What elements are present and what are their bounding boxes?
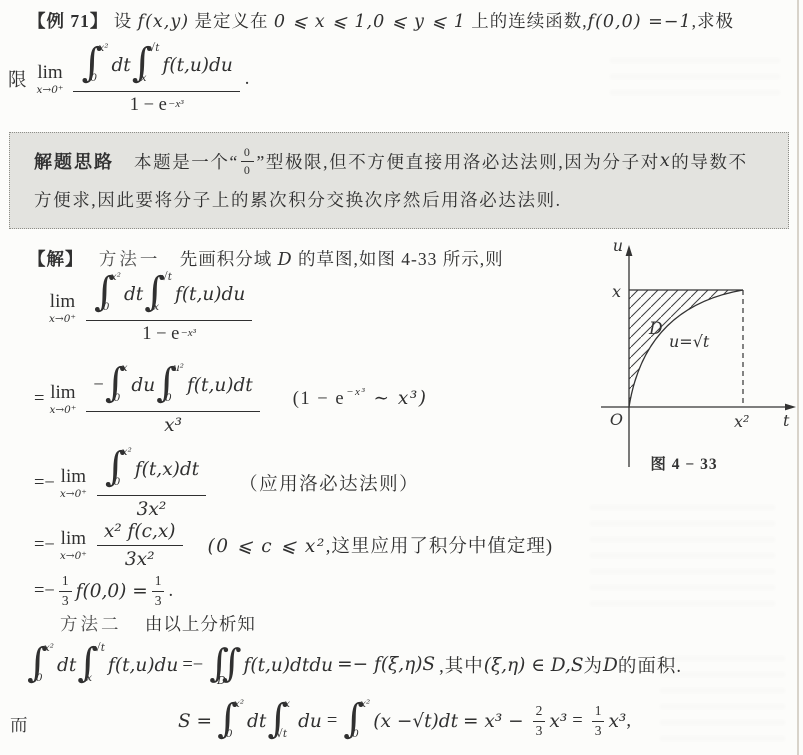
fraction: 13 <box>59 574 72 607</box>
integral: ∫x0 <box>105 362 131 408</box>
text-run: 的导数不 <box>671 149 747 174</box>
numerator: ∫x²0 f(t,x)dt <box>97 446 206 492</box>
math-run: 0 ⩽ x ⩽ 1,0 ⩽ y ⩽ 1 <box>274 12 466 32</box>
formula-area: S = ∫x²0 dt ∫x√t du = ∫x²0 (x −√t)dt = x… <box>178 695 631 747</box>
t-axis-arrow-icon <box>785 404 796 411</box>
method-2-label: 方法二 <box>60 614 122 634</box>
u-axis-label: u <box>613 237 623 255</box>
equals: =− <box>182 655 203 676</box>
equals: = <box>572 711 582 732</box>
math-run: f(t,u)du <box>175 284 245 305</box>
integral: ∫x√t <box>267 698 297 744</box>
numerator: ∫x²0 dt ∫√tx f(t,u)du <box>86 271 252 317</box>
integral: ∫√tx <box>77 642 107 688</box>
integral: ∫x²0 <box>105 446 134 492</box>
math-run: du <box>298 711 322 732</box>
annotation: (0 ⩽ c ⩽ x²,这里应用了积分中值定理) <box>208 532 554 558</box>
idea-box-label: 解题思路 <box>34 148 114 174</box>
math-run: D <box>603 655 618 676</box>
math-run: x³ <box>608 711 626 732</box>
text-run: 的草图,如图 4-33 所示,则 <box>293 249 504 269</box>
main-limit-formula: 限 limx→0⁺ ∫x²0 dt ∫√tx f(t,u)du 1 − e−x³… <box>8 40 249 118</box>
text-run: 由以上分析知 <box>145 614 256 634</box>
formula-method2-identity: ∫x²0 dt ∫√tx f(t,u)du =− ∬D f(t,u)dtdu =… <box>26 637 682 693</box>
idea-box-line2: 方便求,因此要将分子上的累次积分交换次序然后用洛必达法则. <box>34 187 766 212</box>
integral: ∫u²0 <box>156 362 186 408</box>
fraction-bar <box>86 411 259 412</box>
method-2-header: 方法二 由以上分析知 <box>60 611 256 636</box>
denominator: 3x² <box>118 549 162 570</box>
denominator: 1 − e−x³ <box>135 324 203 345</box>
equals: =− <box>34 581 55 602</box>
text-run: 上的连续函数, <box>466 11 588 31</box>
math-run: f(0,0) =−1 <box>588 12 692 32</box>
fraction-bar <box>73 91 239 92</box>
integral: ∫x²0 <box>343 698 372 744</box>
text-run: 先画积分域 <box>180 249 278 269</box>
numerator: ∫x²0 dt ∫√tx f(t,u)du <box>73 42 239 88</box>
math-run: dt <box>124 284 143 305</box>
idea-box-line1: 解题思路 本题是一个“ 00 ”型极限,但不方便直接用洛必达法则,因为分子对 x… <box>34 146 766 176</box>
math-run: f(t,x)dt <box>135 459 199 480</box>
minus-sign: − <box>93 375 103 396</box>
math-run: (x −√t)dt <box>373 711 458 732</box>
math-run: S = <box>178 711 212 732</box>
text-run: ,其中 <box>439 652 484 678</box>
u-axis-arrow-icon <box>626 245 633 256</box>
text-run: ”型极限,但不方便直接用洛必达法则,因为分子对 <box>256 149 659 174</box>
text-run: ,求极 <box>692 11 734 31</box>
denominator: 3x² <box>130 499 174 520</box>
region-D-label: D <box>648 319 663 339</box>
formula-step-5: =− 13 f(0,0) = 13 . <box>34 572 173 610</box>
text-run: 的面积. <box>618 652 682 678</box>
t-axis-label: t <box>783 411 790 430</box>
math-run: x <box>660 151 671 171</box>
curve-label: u=√t <box>669 332 710 351</box>
method-1-label: 方法一 <box>99 249 161 269</box>
math-run: dt <box>247 711 266 732</box>
integral: ∫√tx <box>144 271 174 317</box>
equals: = <box>34 389 44 410</box>
limit-operator: limx→0⁺ <box>49 292 76 325</box>
example-tag: 【例 71】 <box>28 11 108 31</box>
text-run: . <box>168 581 173 602</box>
solution-tag: 【解】 <box>28 249 84 269</box>
print-bleed-artifact <box>590 495 775 605</box>
math-run: dt <box>111 55 130 76</box>
fraction: 13 <box>152 574 165 607</box>
limit-operator: limx→0⁺ <box>60 467 87 500</box>
text-run: , <box>626 711 631 732</box>
fraction: 23 <box>533 704 546 737</box>
limit-operator: limx→0⁺ <box>37 63 64 96</box>
integral: ∫x²0 <box>81 42 110 88</box>
origin-label: O <box>610 410 623 429</box>
math-run: f(x,y) <box>138 12 189 32</box>
equals: = <box>327 711 337 732</box>
textbook-page: 【例 71】 设 f(x,y) 是定义在 0 ⩽ x ⩽ 1,0 ⩽ y ⩽ 1… <box>0 0 803 755</box>
math-run: dt <box>57 655 76 676</box>
problem-statement: 【例 71】 设 f(x,y) 是定义在 0 ⩽ x ⩽ 1,0 ⩽ y ⩽ 1… <box>28 8 734 33</box>
math-run: f(t,u)du <box>163 55 233 76</box>
math-run: f(t,u)dt <box>187 375 253 396</box>
math-run: (ξ,η) ∈ D,S <box>484 655 584 676</box>
formula-step-4: =− limx→0⁺ x² f(c,x) 3x² (0 ⩽ c ⩽ x²,这里应… <box>34 522 553 568</box>
text-run: 设 <box>114 11 138 31</box>
text-run: 是定义在 <box>189 11 274 31</box>
text-run: 为 <box>584 652 604 678</box>
fraction-bar <box>86 320 252 321</box>
integral: ∫x²0 <box>27 642 56 688</box>
math-run: f(t,u)dtdu <box>244 655 334 676</box>
text-run: 限 <box>8 66 28 92</box>
fraction: x² f(c,x) 3x² <box>97 521 183 570</box>
equals: =− <box>34 535 55 556</box>
annotation: (1 − e−x³ ∼ x³) <box>293 388 428 410</box>
integral: ∫x²0 <box>94 271 123 317</box>
formula-step-2: = limx→0⁺ − ∫x0 du ∫u²0 f(t,u)dt x³ (1 −… <box>34 358 428 440</box>
math-run: D <box>278 250 293 270</box>
math-run: = x³ − <box>463 711 524 732</box>
math-run: x³ <box>549 711 567 732</box>
limit-operator: limx→0⁺ <box>49 383 76 416</box>
limit-operator: limx→0⁺ <box>60 529 87 562</box>
equals: =− f(ξ,η)S <box>337 654 435 676</box>
figure-4-33-canvas: u x D u=√t O x² t 图 4 − 33 <box>571 237 803 483</box>
formula-step-1: limx→0⁺ ∫x²0 dt ∫√tx f(t,u)du 1 − e−x³ <box>44 268 257 348</box>
x-tick-label: x <box>612 282 621 301</box>
numerator: x² f(c,x) <box>97 521 183 542</box>
print-bleed-artifact <box>610 48 780 94</box>
annotation: （应用洛必达法则） <box>239 470 419 496</box>
x2-tick-label: x² <box>734 412 749 431</box>
denominator: x³ <box>157 415 189 436</box>
fraction-bar <box>97 545 183 546</box>
integral: ∫√tx <box>132 42 162 88</box>
page-edge-line <box>797 0 799 755</box>
fraction: ∫x²0 dt ∫√tx f(t,u)du 1 − e−x³ <box>73 42 239 116</box>
double-integral: ∬D <box>209 644 241 686</box>
text-run: . <box>245 69 250 90</box>
fraction: ∫x²0 f(t,x)dt 3x² <box>97 446 206 520</box>
figure-caption: 图 4 − 33 <box>650 454 717 473</box>
fraction: 00 <box>241 146 255 176</box>
math-run: du <box>131 375 155 396</box>
fraction: − ∫x0 du ∫u²0 f(t,u)dt x³ <box>86 362 259 436</box>
fraction-bar <box>97 495 206 496</box>
fraction: ∫x²0 dt ∫√tx f(t,u)du 1 − e−x³ <box>86 271 252 345</box>
formula-step-3: =− limx→0⁺ ∫x²0 f(t,x)dt 3x² （应用洛必达法则） <box>34 445 419 521</box>
fraction: 13 <box>592 704 605 737</box>
numerator: − ∫x0 du ∫u²0 f(t,u)dt <box>86 362 259 408</box>
er-label: 而 <box>10 712 29 737</box>
math-run: f(t,u)du <box>108 655 178 676</box>
equals: =− <box>34 473 55 494</box>
denominator: 1 − e−x³ <box>123 95 191 116</box>
figure-4-33: u x D u=√t O x² t 图 4 − 33 <box>571 237 803 483</box>
idea-box: 解题思路 本题是一个“ 00 ”型极限,但不方便直接用洛必达法则,因为分子对 x… <box>9 132 789 229</box>
text-run: 本题是一个“ <box>134 149 239 174</box>
math-run: f(0,0) = <box>76 581 148 602</box>
integral: ∫x²0 <box>217 698 246 744</box>
